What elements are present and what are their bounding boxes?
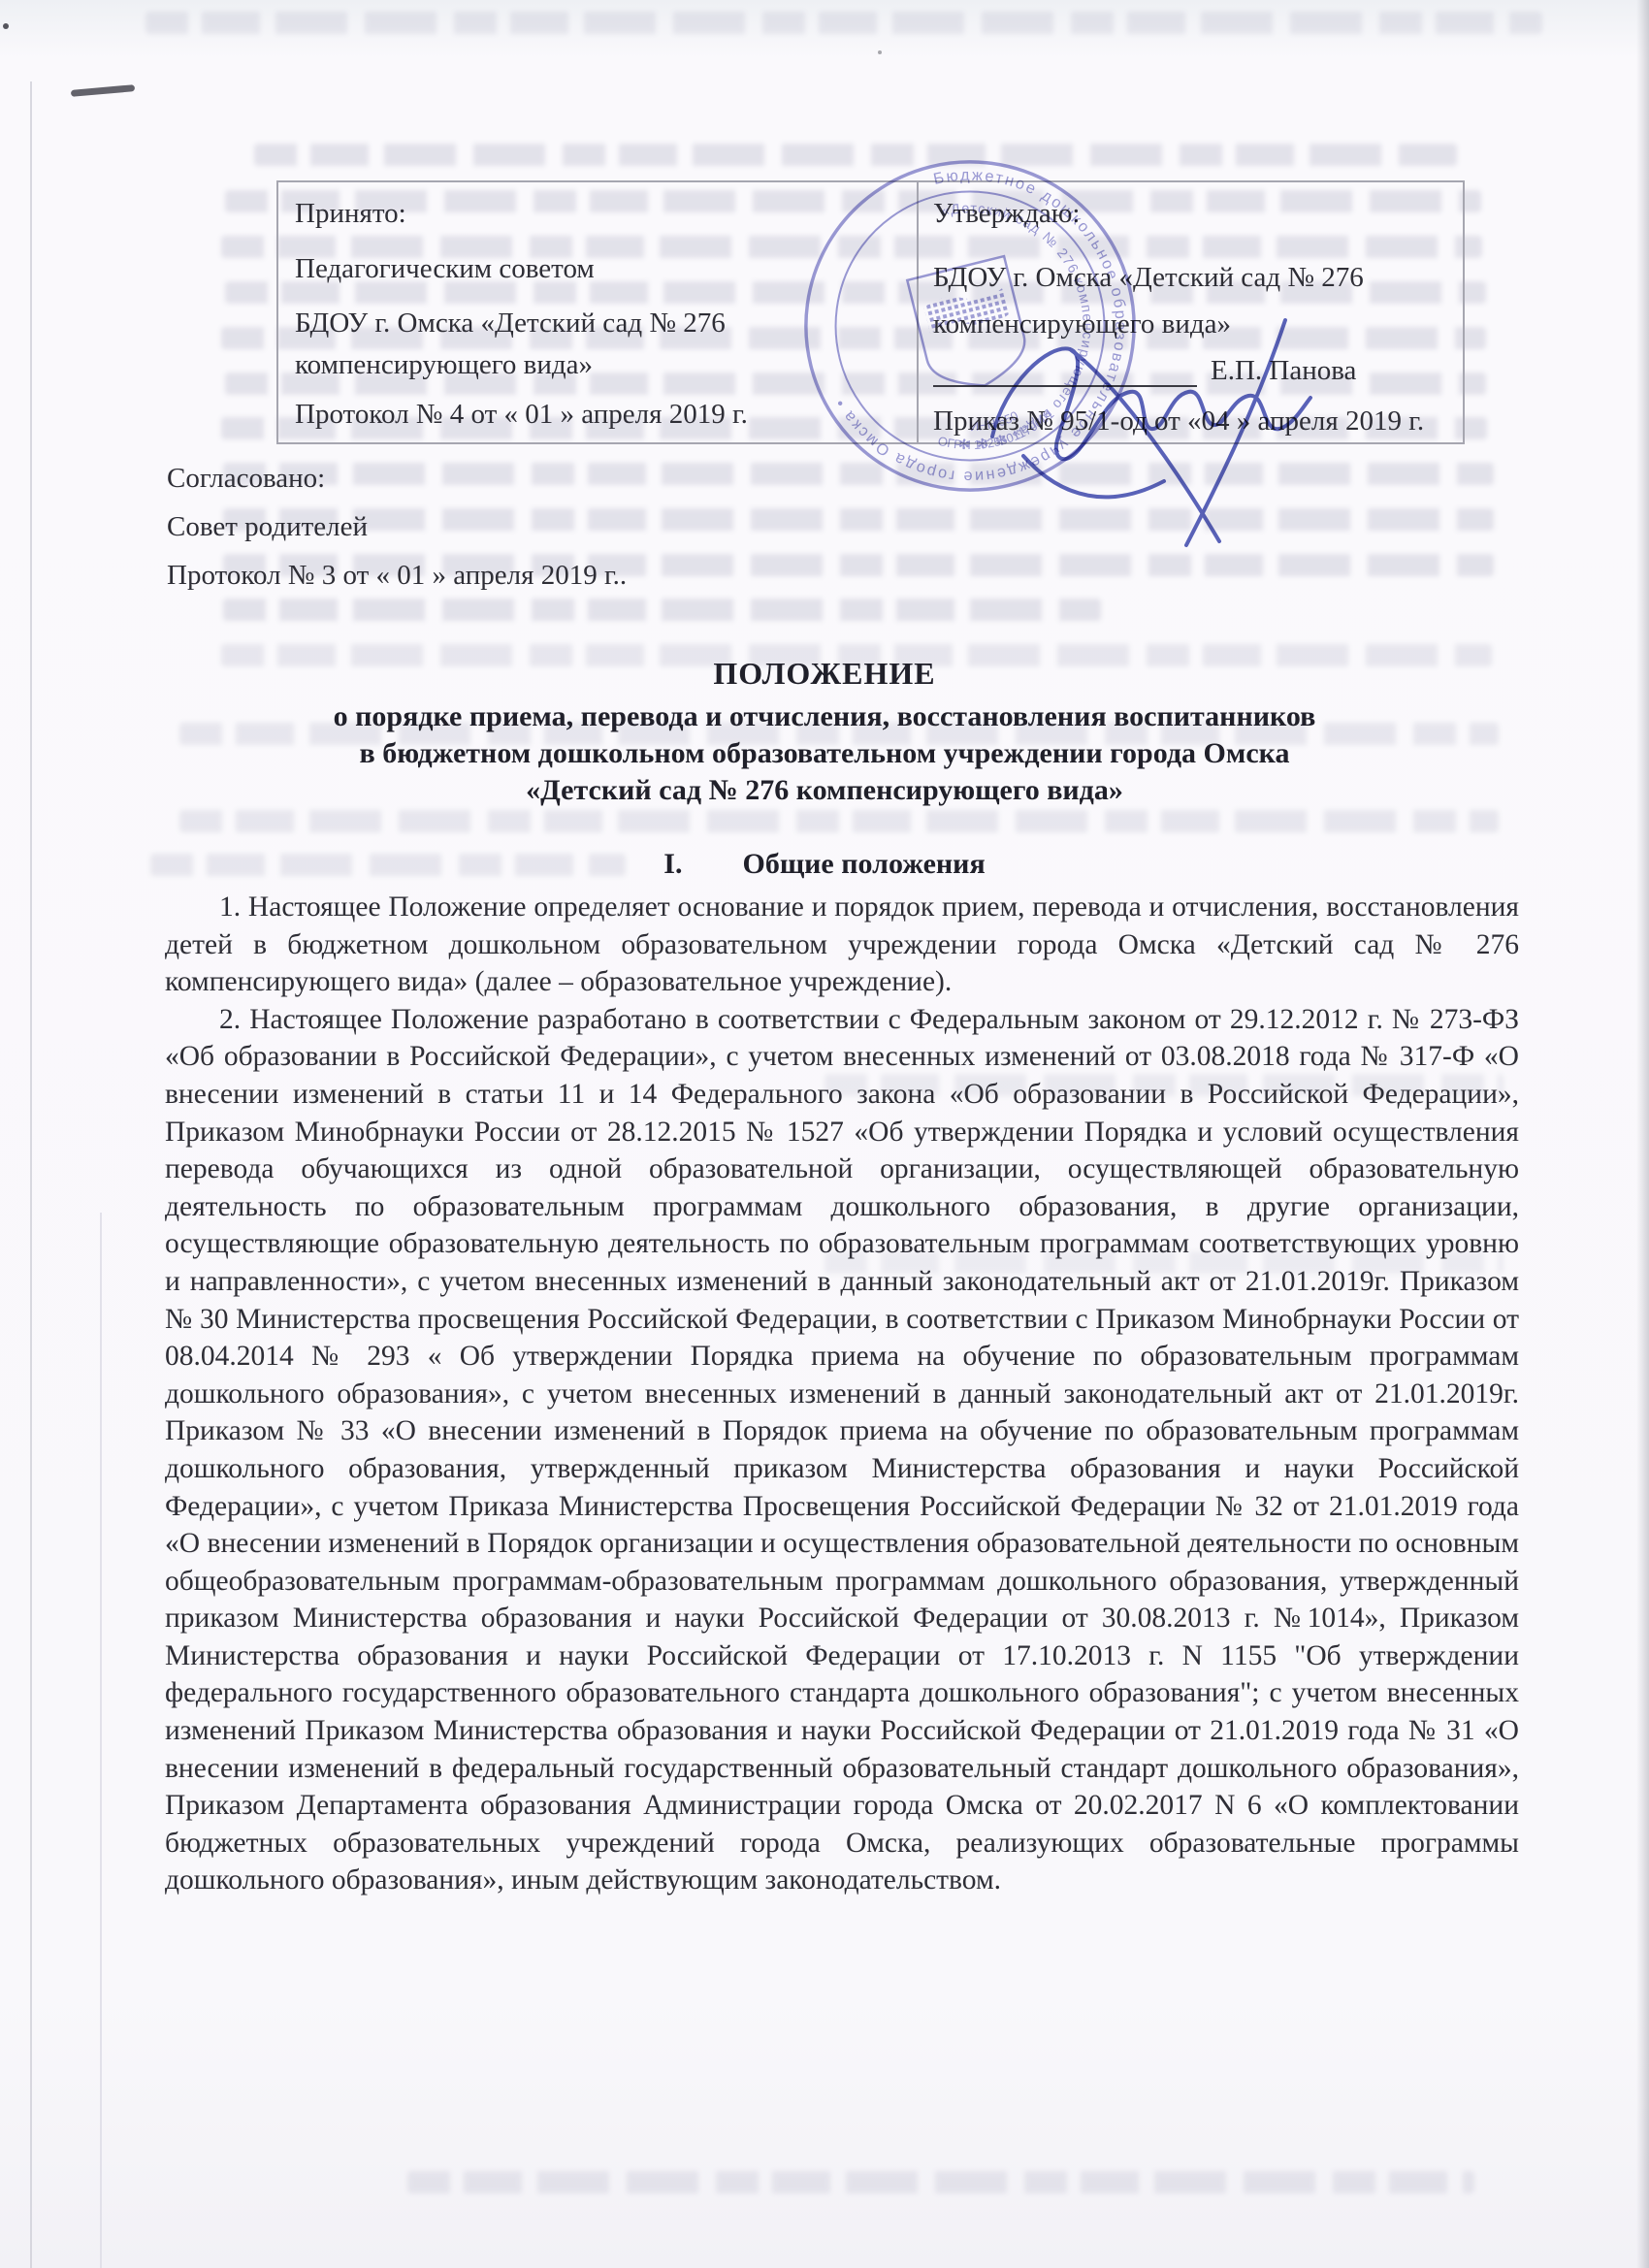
agreed-body: Совет родителей [167, 502, 627, 551]
section-heading: I.Общие положения [0, 848, 1649, 881]
agreed-block: Согласовано: Совет родителей Протокол № … [167, 454, 627, 599]
scan-right-shadow [1636, 0, 1649, 2268]
bleedthrough-artifact [145, 12, 1542, 34]
accepted-protocol: Протокол № 4 от « 01 » апреля 2019 г. [295, 397, 748, 432]
document-page: Принято: Педагогическим советом БДОУ г. … [0, 0, 1649, 2268]
paragraph-1: 1. Настоящее Положение определяет основа… [165, 889, 1519, 1001]
document-subtitle-2: в бюджетном дошкольном образовательном у… [0, 737, 1649, 770]
paper-left-edge [30, 81, 32, 2268]
accepted-label: Принято: [295, 196, 406, 231]
bleedthrough-artifact [223, 599, 1101, 621]
agreed-label: Согласовано: [167, 454, 627, 502]
pen-mark-artifact [71, 84, 135, 97]
bleedthrough-artifact [254, 144, 1457, 166]
document-title: ПОЛОЖЕНИЕ [0, 656, 1649, 692]
signature-ink-icon [965, 291, 1382, 563]
paper-crease [100, 1213, 102, 2268]
document-subtitle-3: «Детский сад № 276 компенсирующего вида» [0, 774, 1649, 807]
paragraph-2: 2. Настоящее Положение разработано в соо… [165, 1001, 1519, 1899]
bleedthrough-artifact [407, 2171, 1474, 2193]
accepted-by: Педагогическим советом [295, 251, 595, 286]
bleedthrough-artifact [179, 810, 1499, 832]
handwritten-signature [965, 291, 1382, 563]
section-numeral: I. [663, 848, 682, 880]
scan-speck [878, 50, 882, 54]
document-body: 1. Настоящее Положение определяет основа… [165, 889, 1519, 1899]
document-subtitle-1: о порядке приема, перевода и отчисления,… [0, 700, 1649, 733]
section-title: Общие положения [742, 848, 985, 880]
scan-speck [3, 23, 9, 29]
agreed-protocol: Протокол № 3 от « 01 » апреля 2019 г.. [167, 551, 627, 599]
